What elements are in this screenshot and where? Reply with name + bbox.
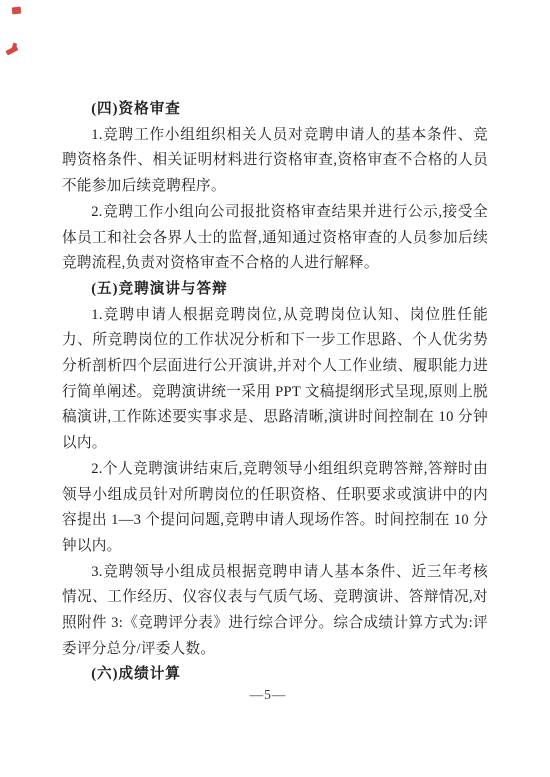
page-number: —5— [0,687,536,703]
body-paragraph: 3.竞聘领导小组成员根据竞聘申请人基本条件、近三年考核情况、工作经历、仪容仪表与… [62,560,488,663]
document-body: (四)资格审查 1.竞聘工作小组组织相关人员对竞聘申请人的基本条件、竞聘资格条件… [62,97,488,688]
section-heading: (四)资格审查 [62,97,488,123]
red-ink-mark-icon [12,7,22,15]
red-ink-mark-icon [6,43,19,55]
document-page: (四)资格审查 1.竞聘工作小组组织相关人员对竞聘申请人的基本条件、竞聘资格条件… [0,0,550,777]
section-heading: (六)成绩计算 [62,662,488,688]
body-paragraph: 2.竞聘工作小组向公司报批资格审查结果并进行公示,接受全体员工和社会各界人士的监… [62,200,488,277]
body-paragraph: 1.竞聘工作小组组织相关人员对竞聘申请人的基本条件、竞聘资格条件、相关证明材料进… [62,123,488,200]
body-paragraph: 2.个人竞聘演讲结束后,竞聘领导小组组织竞聘答辩,答辩时由领导小组成员针对所聘岗… [62,457,488,560]
section-heading: (五)竞聘演讲与答辩 [62,277,488,303]
body-paragraph: 1.竞聘申请人根据竞聘岗位,从竞聘岗位认知、岗位胜任能力、所竞聘岗位的工作状况分… [62,303,488,457]
